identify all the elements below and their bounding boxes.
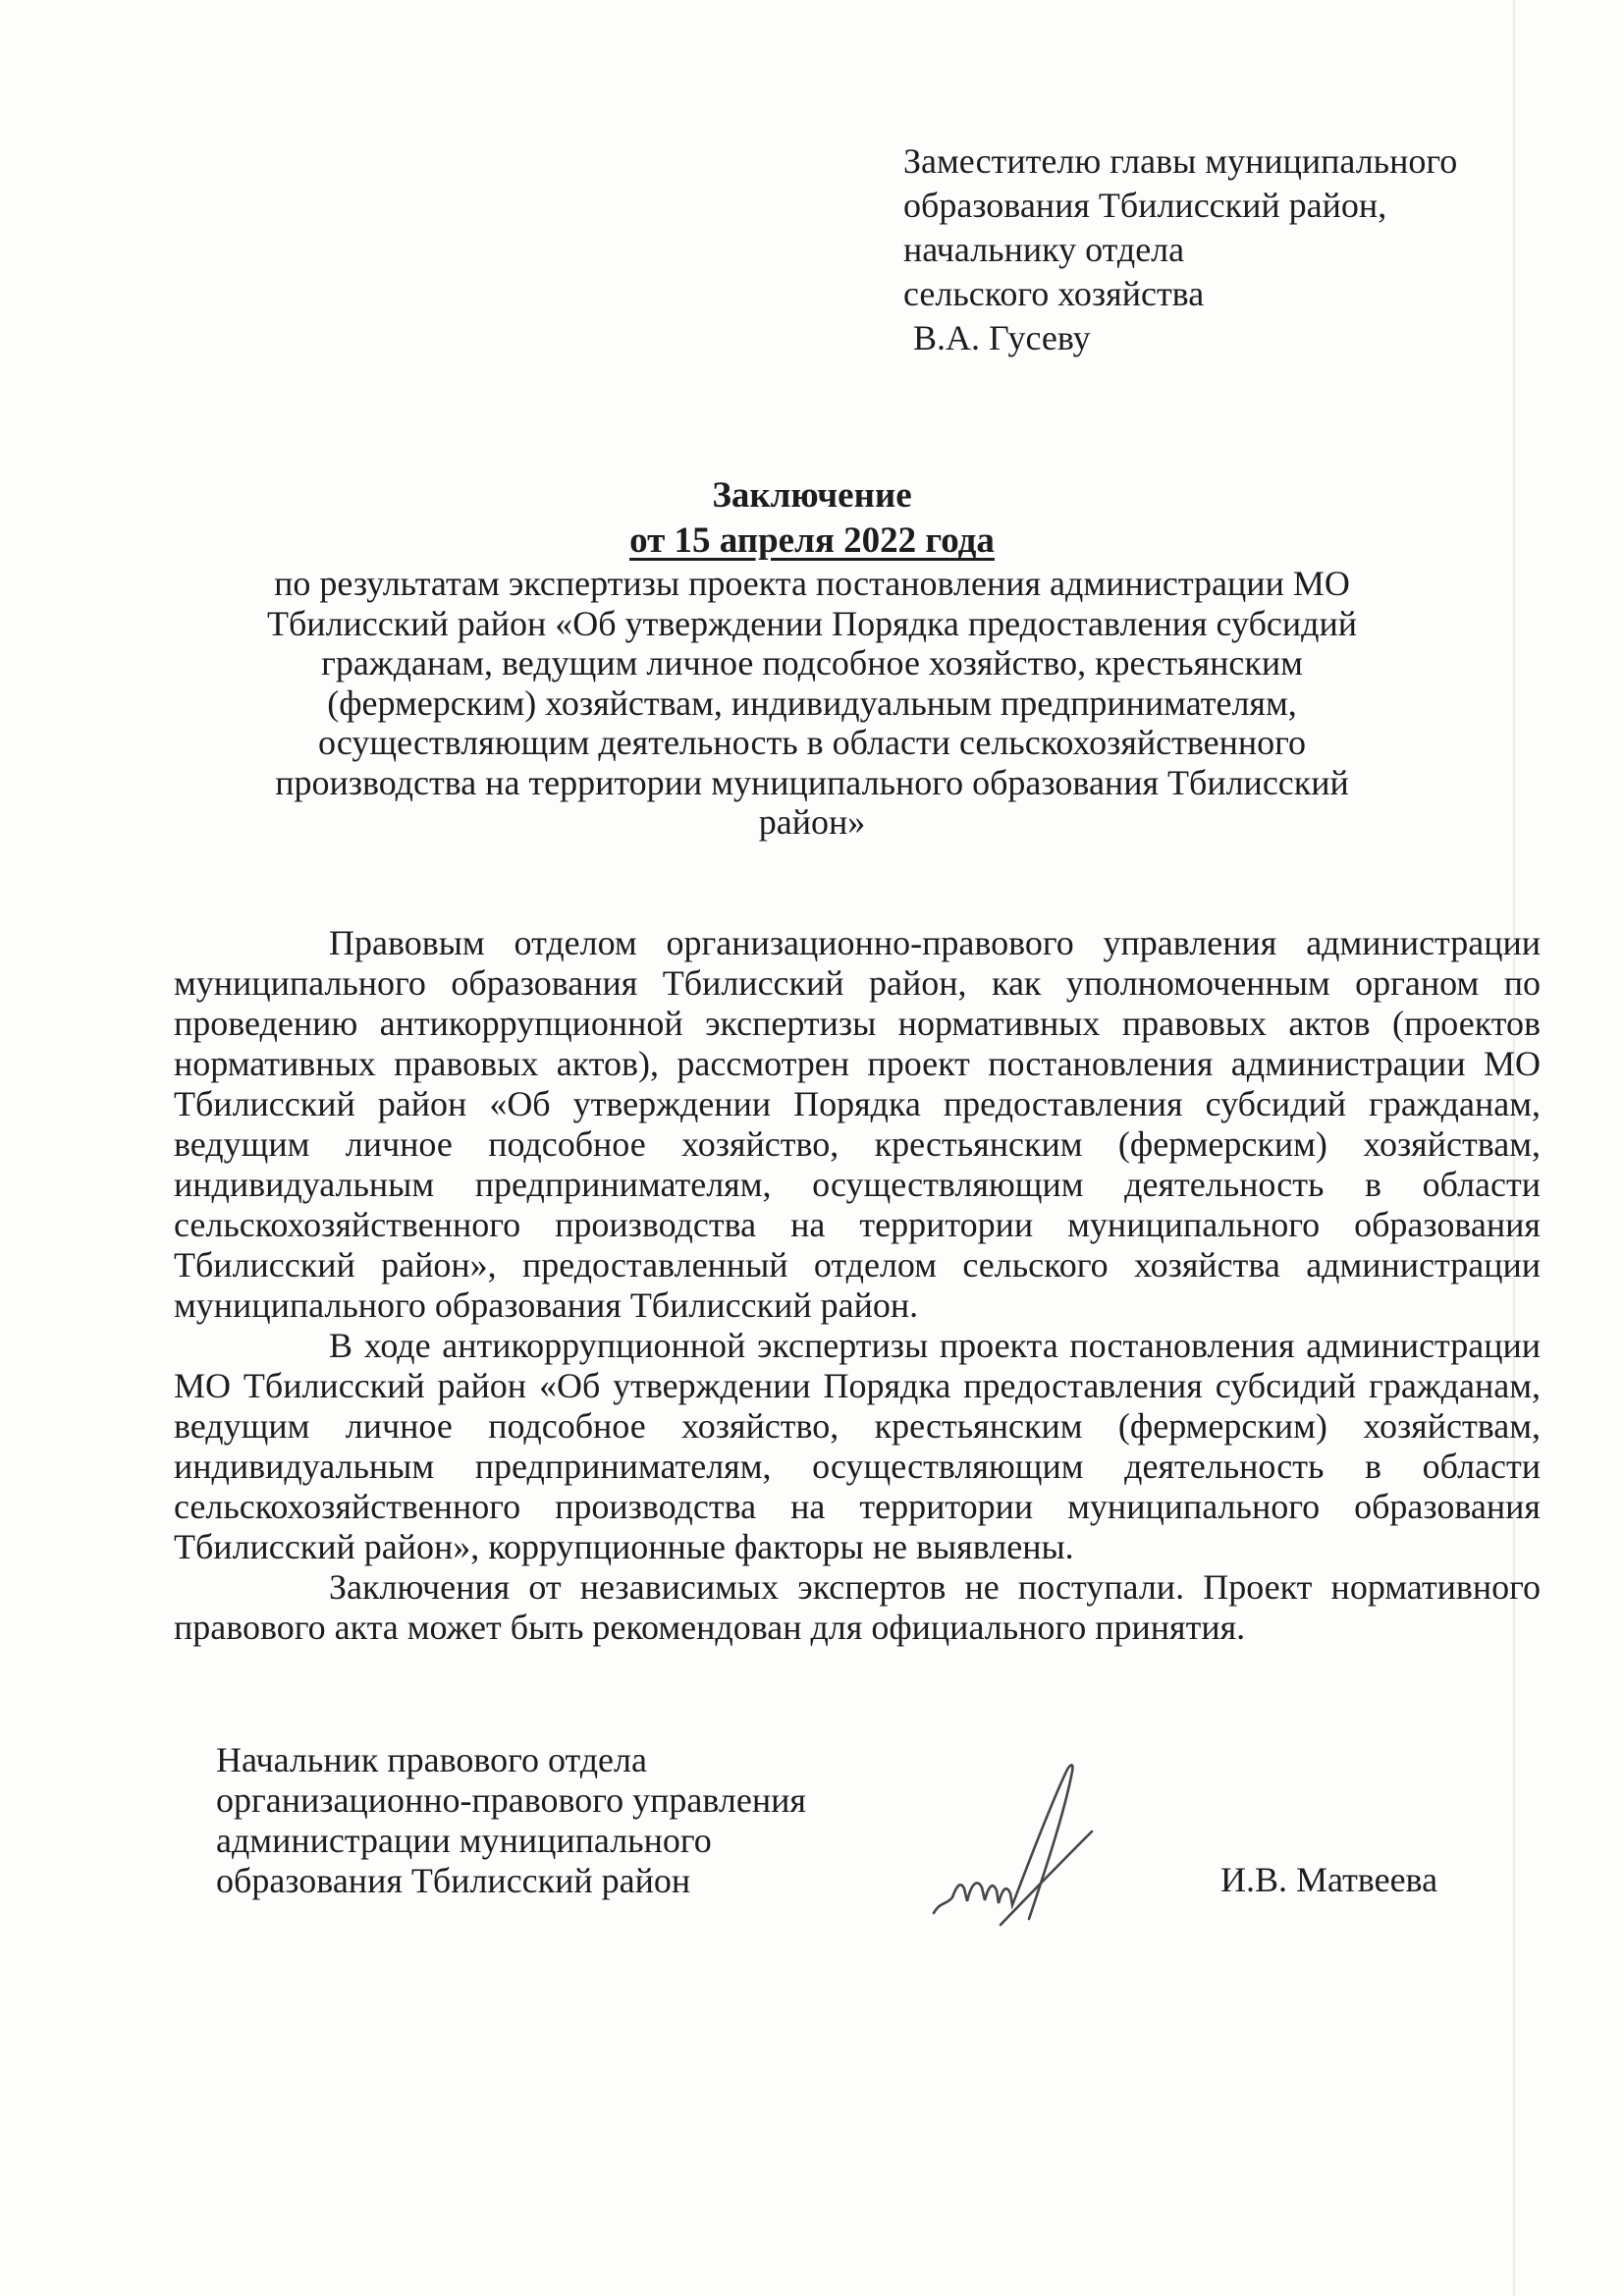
body-text: Правовым отделом организационно-правовог… xyxy=(174,923,1541,1648)
addressee-line: образования Тбилисский район, xyxy=(903,184,1457,228)
subject-line: производства на территории муниципальног… xyxy=(0,763,1624,803)
document-date: от 15 апреля 2022 года xyxy=(0,519,1624,564)
subject-line: осуществляющим деятельность в области се… xyxy=(0,723,1624,763)
addressee-line: Заместителю главы муниципального xyxy=(903,139,1457,184)
addressee-name: В.А. Гусеву xyxy=(903,316,1457,360)
body-paragraph: Правовым отделом организационно-правовог… xyxy=(174,923,1541,1326)
signatory-name: И.В. Матвеева xyxy=(1220,1860,1437,1900)
body-paragraph: В ходе антикоррупционной экспертизы прое… xyxy=(174,1326,1541,1567)
title-block: Заключение от 15 апреля 2022 года по рез… xyxy=(0,473,1624,843)
document-title: Заключение xyxy=(0,473,1624,519)
signatory-position-line: образования Тбилисский район xyxy=(216,1861,806,1901)
signatory-position-line: Начальник правового отдела xyxy=(216,1740,806,1780)
handwritten-signature-icon xyxy=(928,1750,1139,1937)
subject-line: Тбилисский район «Об утверждении Порядка… xyxy=(0,604,1624,644)
subject-line: по результатам экспертизы проекта постан… xyxy=(0,564,1624,604)
document-page: Заместителю главы муниципального образов… xyxy=(0,0,1624,2296)
addressee-block: Заместителю главы муниципального образов… xyxy=(903,139,1457,360)
signatory-position-line: организационно-правового управления xyxy=(216,1780,806,1821)
subject-line: гражданам, ведущим личное подсобное хозя… xyxy=(0,643,1624,683)
body-paragraph: Заключения от независимых экспертов не п… xyxy=(174,1567,1541,1648)
subject-line: (фермерским) хозяйствам, индивидуальным … xyxy=(0,683,1624,724)
addressee-line: начальнику отдела xyxy=(903,228,1457,272)
signatory-position-block: Начальник правового отдела организационн… xyxy=(216,1740,806,1901)
subject-line: район» xyxy=(0,802,1624,843)
addressee-line: сельского хозяйства xyxy=(903,272,1457,316)
signatory-position-line: администрации муниципального xyxy=(216,1821,806,1861)
